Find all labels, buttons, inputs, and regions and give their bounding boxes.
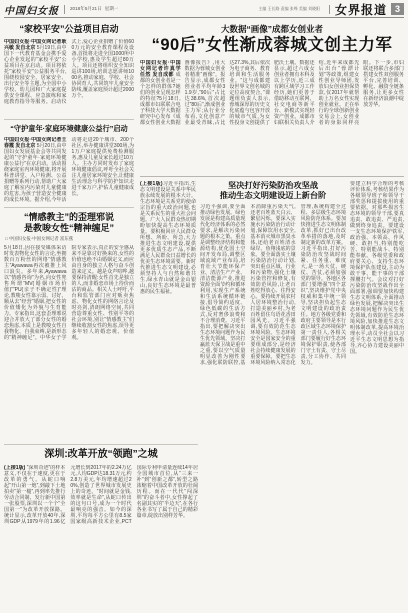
article-chengdu-creators: 大数据“画像”成都女创业者 “90后”女性渐成蓉城文创主力军 中国妇女报·中国女… xyxy=(140,24,404,177)
page-number-badge: 3 xyxy=(391,3,404,15)
editor-credits: 主编 王长路 责编 张峥 美编 刘晓阳 xyxy=(258,6,320,12)
article-emotion-guru-headline-line1: “情感教主”的歪理邪说 xyxy=(4,212,134,223)
article-guard-childhood-headline: “守护童年·家庭环境健康公益行”启动 xyxy=(4,124,134,133)
article-eco-center-body: 习近平强调,要全面推动绿色发展。绿色发展是构建高质量现代化经济体系的必然要求,是… xyxy=(200,204,346,600)
article-home-school-safety-body: 中国妇女报·中国女网记者耿兴敏 发自北京 5月19日,由中国下一代教育基金会携手… xyxy=(4,39,134,115)
issue-weekday: 星期一 xyxy=(105,6,119,11)
header-divider-left xyxy=(64,5,65,14)
header-divider-right xyxy=(329,5,330,14)
left-divider-2 xyxy=(4,207,134,208)
article-emotion-guru-headline-line2: 是教唆女性“精神缠足” xyxy=(4,223,134,234)
issue-date-text: 2018年5月21日 xyxy=(70,6,102,11)
article-emotion-guru-body: 5月18日,因在接受媒体采访时发表物化女性的言论,坐拥数百万粉丝的网络“情感教主… xyxy=(4,245,134,417)
article-chengdu-kicker: 大数据“画像”成都女创业者 xyxy=(140,24,404,34)
article-home-school-safety-headline: “家校平安”公益项目启动 xyxy=(4,24,134,35)
newspaper-page: 中国妇女报 2018年5月21日星期一 主编 王长路 责编 张峥 美编 刘晓阳 … xyxy=(0,0,408,613)
issue-date: 2018年5月21日星期一 xyxy=(70,6,121,12)
article-eco-headline-line2: 推动生态文明建设迈上新台阶 xyxy=(200,191,346,201)
article-eco-col5: 要建立科学合理的考核评价体系,考核结果作为各级领导班子和领导干部奖惩和提拔使用的… xyxy=(350,181,404,610)
article-eco-center: 坚决打好污染防治攻坚战 推动生态文明建设迈上新台阶 习近平强调,要全面推动绿色发… xyxy=(200,181,346,610)
left-divider-1 xyxy=(4,119,134,120)
section-title: 女界报道 xyxy=(335,1,387,18)
article-chengdu-headline: “90后”女性渐成蓉城文创主力军 xyxy=(140,36,404,55)
article-eco-headline: 坚决打好污染防治攻坚战 推动生态文明建设迈上新台阶 xyxy=(200,181,346,201)
left-column: “家校平安”公益项目启动 中国妇女报·中国女网记者耿兴敏 发自北京 5月19日,… xyxy=(4,24,134,442)
page-header: 中国妇女报 2018年5月21日星期一 主编 王长路 责编 张峥 美编 刘晓阳 … xyxy=(4,2,404,18)
article-eco-civilization: (上接1版)习近平指出,生态文明建设是关系中华民族永续发展的根本大计。生态环境是… xyxy=(140,181,404,610)
article-emotion-guru-byline: □ 中国妇女报·中国女网记者 富东燕 xyxy=(5,236,134,242)
article-emotion-guru-headline: “情感教主”的歪理邪说 是教唆女性“精神缠足” xyxy=(4,212,134,234)
article-chengdu-body: 中国妇女报·中国女网记者许真学 任然 发自成都 成都的女创业者是一个怎样的群体?… xyxy=(140,60,404,164)
masthead-logo: 中国妇女报 xyxy=(4,2,59,17)
article-eco-col1: (上接1版)习近平指出,生态文明建设是关系中华民族永续发展的根本大计。生态环境是… xyxy=(140,181,196,439)
article-guard-childhood-body: 中国妇女报·中国女网记者王春霞 发自北京 5月20日,由中国妇女发展基金会等共同… xyxy=(4,137,134,203)
article-eco-headline-line1: 坚决打好污染防治攻坚战 xyxy=(200,181,346,191)
